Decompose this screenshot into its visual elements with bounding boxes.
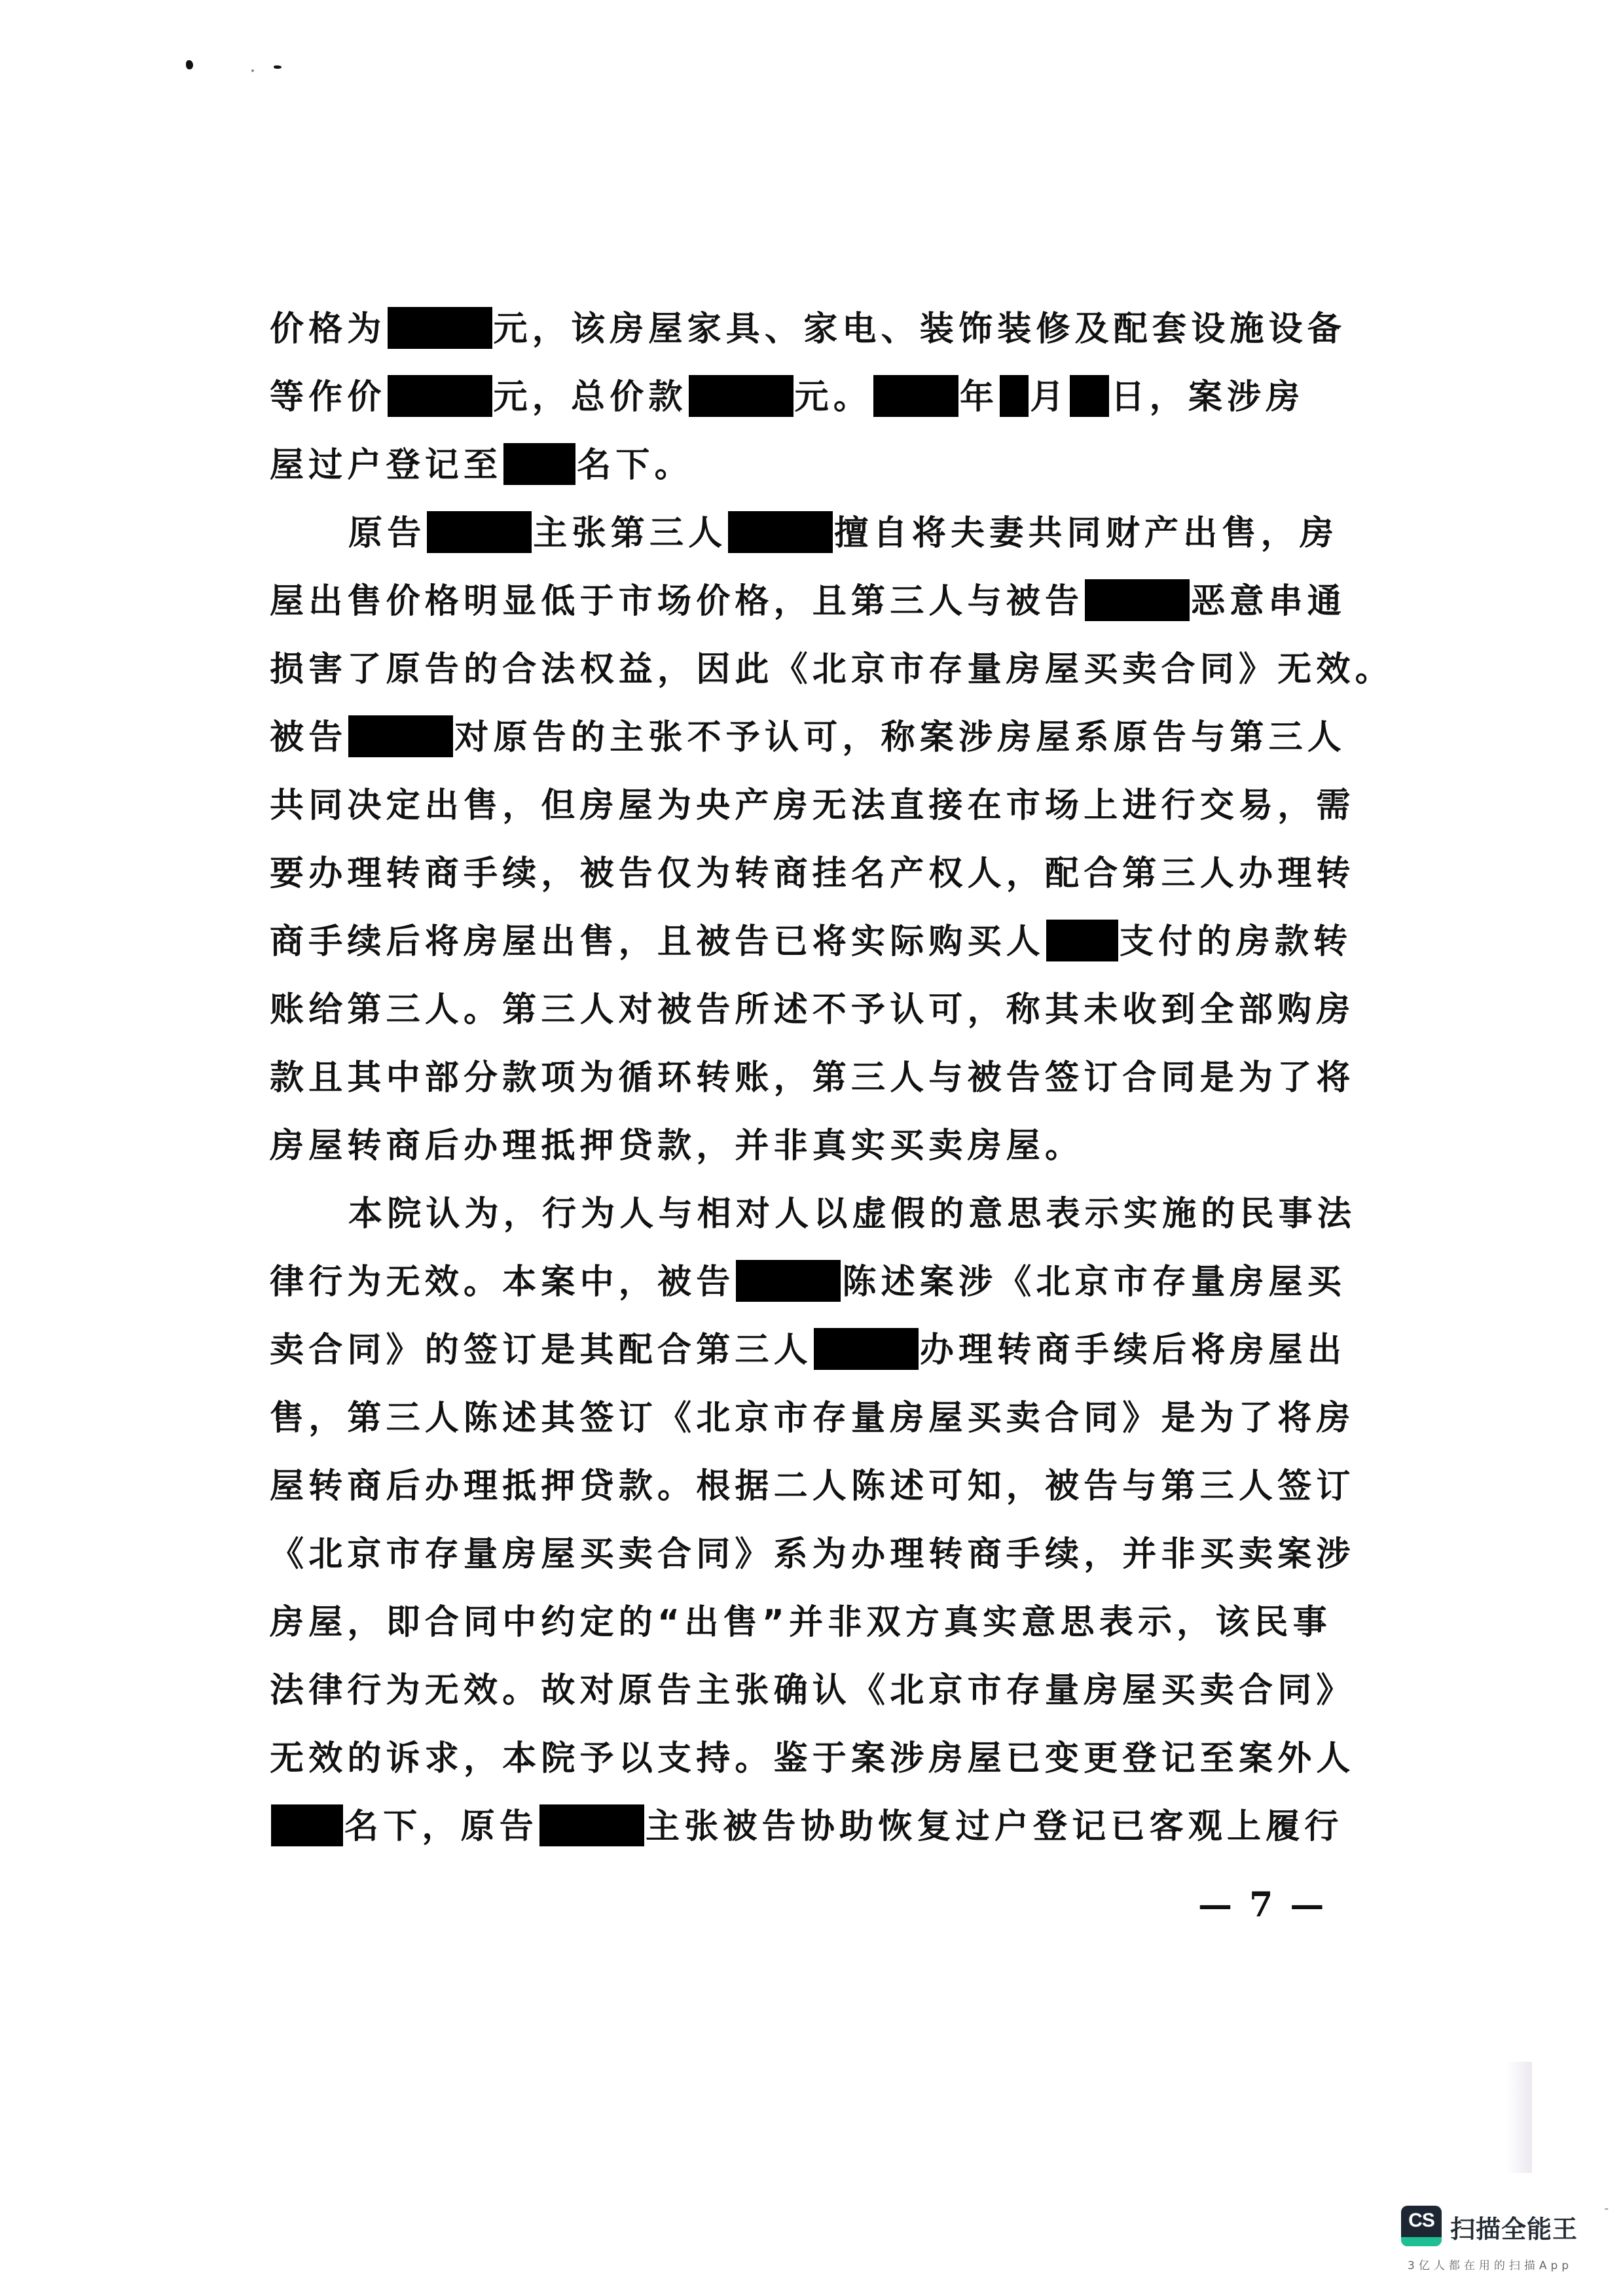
text-segment: 日，案涉房 [1110,378,1304,417]
scan-speck-2 [251,69,254,72]
camscanner-watermark: CS 扫描全能王 ™ 3亿人都在用的扫描App [1401,2202,1617,2281]
text-line: 损害了原告的合法权益，因此《北京市存量房屋买卖合同》无效。 [270,634,1370,702]
text-line: 售，第三人陈述其签订《北京市存量房屋买卖合同》是为了将房 [270,1382,1370,1450]
text-line: 名下，原告主张被告协助恢复过户登记已客观上履行 [270,1791,1370,1859]
redaction-block [1046,920,1118,961]
redaction-block [814,1328,919,1370]
trademark-mark: ™ [1604,2208,1609,2214]
text-segment: 月 [1030,378,1068,417]
text-segment: 房屋，即合同中约定的“出售”并非双方真实意思表示，该民事 [270,1603,1332,1642]
text-segment: 屋出售价格明显低于市场价格，且第三人与被告 [270,582,1084,621]
text-segment: 擅自将夫妻共同财产出售，房 [834,514,1338,553]
redaction-block [348,715,453,757]
text-line: 要办理转商手续，被告仅为转商挂名产权人，配合第三人办理转 [270,838,1370,906]
text-line: 商手续后将房屋出售，且被告已将实际购买人支付的房款转 [270,906,1370,974]
text-line: 原告主张第三人擅自将夫妻共同财产出售，房 [270,497,1370,565]
text-segment: 屋过户登记至 [270,446,502,485]
text-line: 《北京市存量房屋买卖合同》系为办理转商手续，并非买卖案涉 [270,1518,1370,1587]
page-edge-shadow [1506,2062,1532,2173]
text-segment: 元，总价款 [494,378,687,417]
redaction-block [1070,375,1109,417]
text-segment: 卖合同》的签订是其配合第三人 [270,1331,812,1370]
page-number: — 7 — [1198,1885,1326,1925]
text-segment: 元。 [795,378,872,417]
redaction-block [503,443,575,485]
redaction-block [873,375,958,417]
text-segment: 支付的房款转 [1120,922,1352,961]
text-segment: 原告 [348,514,426,553]
redaction-block [427,511,532,553]
scan-speck-3 [274,65,282,69]
logo-text: CS [1401,2210,1442,2232]
text-line: 房屋，即合同中约定的“出售”并非双方真实意思表示，该民事 [270,1587,1370,1655]
text-line: 共同决定出售，但房屋为央产房无法直接在市场上进行交易，需 [270,770,1370,838]
scan-speck-1 [186,60,193,69]
text-segment: 价格为 [270,310,386,349]
redaction-block [736,1260,841,1302]
text-segment: 主张被告协助恢复过户登记已客观上履行 [646,1807,1343,1846]
text-segment: 法律行为无效。故对原告主张确认《北京市存量房屋买卖合同》 [270,1671,1355,1710]
text-segment: 售，第三人陈述其签订《北京市存量房屋买卖合同》是为了将房 [270,1399,1355,1438]
text-segment: 律行为无效。本案中，被告 [270,1263,735,1302]
text-segment: 元，该房屋家具、家电、装饰装修及配套设施设备 [494,310,1346,349]
text-segment: 对原告的主张不予认可，称案涉房屋系原告与第三人 [454,718,1346,757]
text-segment: 无效的诉求，本院予以支持。鉴于案涉房屋已变更登记至案外人 [270,1739,1355,1778]
text-line: 屋转商后办理抵押贷款。根据二人陈述可知，被告与第三人签订 [270,1450,1370,1518]
text-line: 无效的诉求，本院予以支持。鉴于案涉房屋已变更登记至案外人 [270,1723,1370,1791]
text-segment: 等作价 [270,378,386,417]
redaction-block [689,375,793,417]
text-segment: 商手续后将房屋出售，且被告已将实际购买人 [270,922,1045,961]
text-segment: 本院认为，行为人与相对人以虚假的意思表示实施的民事法 [348,1194,1356,1234]
text-line: 卖合同》的签订是其配合第三人办理转商手续后将房屋出 [270,1314,1370,1382]
text-line: 等作价元，总价款元。年月日，案涉房 [270,361,1370,429]
text-segment: 被告 [270,718,347,757]
text-segment: 房屋转商后办理抵押贷款，并非真实买卖房屋。 [270,1126,1084,1166]
text-segment: 《北京市存量房屋买卖合同》系为办理转商手续，并非买卖案涉 [270,1535,1355,1574]
text-segment: 共同决定出售，但房屋为央产房无法直接在市场上进行交易，需 [270,786,1355,825]
text-line: 律行为无效。本案中，被告陈述案涉《北京市存量房屋买 [270,1246,1370,1314]
watermark-subtitle: 3亿人都在用的扫描App [1408,2256,1573,2272]
redaction-block [388,375,492,417]
redaction-block [728,511,833,553]
redaction-block [271,1804,343,1846]
document-body: 价格为元，该房屋家具、家电、装饰装修及配套设施设备等作价元，总价款元。年月日，案… [270,293,1370,1859]
text-line: 款且其中部分款项为循环转账，第三人与被告签订合同是为了将 [270,1042,1370,1110]
text-segment: 名下。 [577,446,693,485]
logo-band [1401,2237,1442,2246]
camscanner-logo-icon: CS [1401,2206,1442,2246]
text-segment: 恶意串通 [1191,582,1346,621]
text-segment: 损害了原告的合法权益，因此《北京市存量房屋买卖合同》无效。 [270,650,1394,689]
text-line: 账给第三人。第三人对被告所述不予认可，称其未收到全部购房 [270,974,1370,1042]
text-segment: 要办理转商手续，被告仅为转商挂名产权人，配合第三人办理转 [270,854,1355,893]
redaction-block [1085,579,1190,621]
text-segment: 款且其中部分款项为循环转账，第三人与被告签订合同是为了将 [270,1058,1355,1098]
text-line: 法律行为无效。故对原告主张确认《北京市存量房屋买卖合同》 [270,1655,1370,1723]
redaction-block [388,307,492,349]
text-segment: 账给第三人。第三人对被告所述不予认可，称其未收到全部购房 [270,990,1355,1030]
watermark-title: 扫描全能王 [1450,2209,1578,2245]
redaction-block [539,1804,644,1846]
text-line: 本院认为，行为人与相对人以虚假的意思表示实施的民事法 [270,1178,1370,1246]
text-line: 屋出售价格明显低于市场价格，且第三人与被告恶意串通 [270,565,1370,634]
text-line: 房屋转商后办理抵押贷款，并非真实买卖房屋。 [270,1110,1370,1178]
text-segment: 陈述案涉《北京市存量房屋买 [842,1263,1346,1302]
text-line: 价格为元，该房屋家具、家电、装饰装修及配套设施设备 [270,293,1370,361]
redaction-block [1000,375,1029,417]
text-segment: 名下，原告 [344,1807,538,1846]
text-segment: 年 [960,378,998,417]
text-segment: 屋转商后办理抵押贷款。根据二人陈述可知，被告与第三人签订 [270,1467,1355,1506]
text-line: 屋过户登记至名下。 [270,429,1370,497]
text-line: 被告对原告的主张不予认可，称案涉房屋系原告与第三人 [270,702,1370,770]
text-segment: 主张第三人 [533,514,727,553]
text-segment: 办理转商手续后将房屋出 [920,1331,1346,1370]
